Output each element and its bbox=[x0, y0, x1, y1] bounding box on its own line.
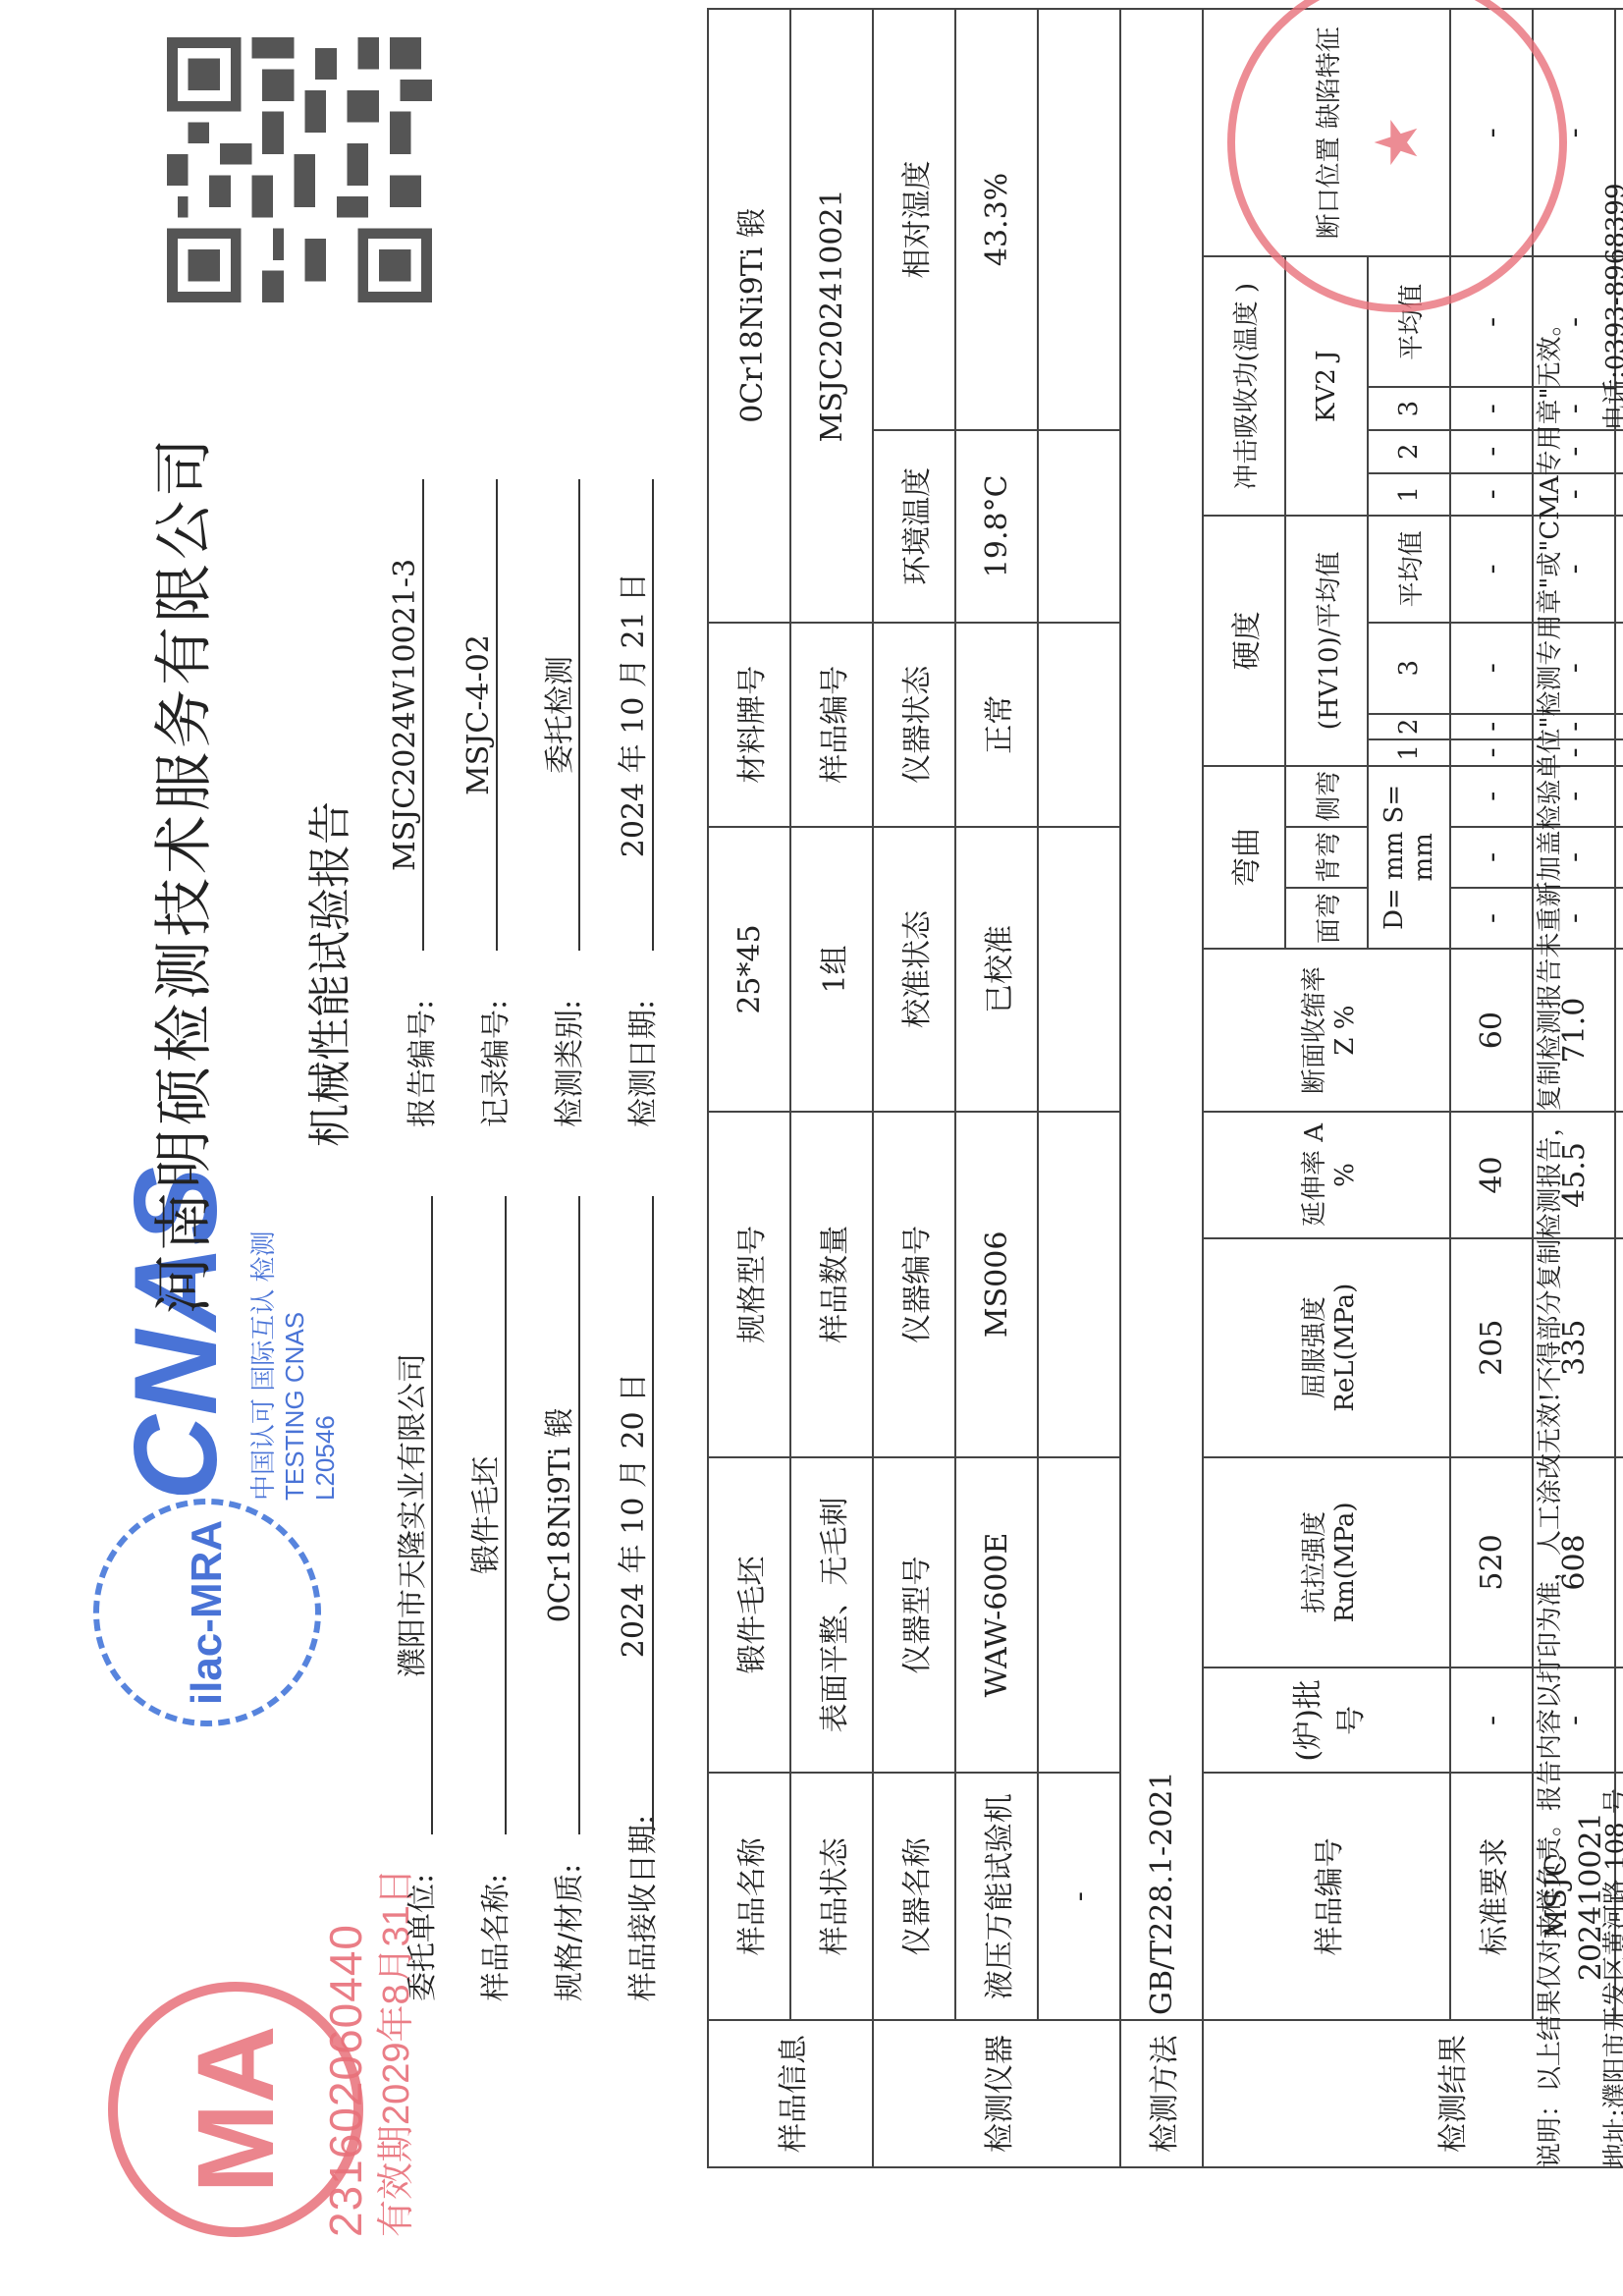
cell: - bbox=[1450, 766, 1533, 827]
instrument-row-2: - bbox=[1038, 9, 1120, 2167]
cell bbox=[1038, 9, 1120, 430]
cell bbox=[1038, 1457, 1120, 1774]
cell bbox=[1038, 430, 1120, 623]
method-row: 检测方法 GB/T228.1-2021 bbox=[1120, 9, 1203, 2167]
cell: 延伸率 A % bbox=[1203, 1112, 1450, 1238]
cell: - bbox=[1450, 714, 1533, 740]
cell: - bbox=[1450, 623, 1533, 714]
instrument-row-1: 液压万能试验机 WAW-600E MS006 已校准 正常 19.8°C 43.… bbox=[955, 9, 1038, 2167]
cell: 样品数量 bbox=[790, 1112, 873, 1456]
cell: 已校准 bbox=[955, 827, 1038, 1112]
record-no-label: 记录编号: bbox=[471, 1000, 514, 1127]
cell: 仪器型号 bbox=[873, 1457, 955, 1774]
cell: 正常 bbox=[955, 623, 1038, 827]
cell: 校准状态 bbox=[873, 827, 955, 1112]
cell: - bbox=[1450, 827, 1533, 888]
results-header-1: 检测结果 样品编号 (炉)批号 抗拉强度 Rm(MPa) 屈服强度 ReL(MP… bbox=[1203, 9, 1285, 2167]
cell: 0Cr18Ni9Ti 锻 bbox=[708, 9, 790, 623]
cell: 屈服强度 ReL(MPa) bbox=[1203, 1238, 1450, 1457]
cell: 1组 bbox=[790, 827, 873, 1112]
cell: 仪器编号 bbox=[873, 1112, 955, 1456]
spec: 0Cr18Ni9Ti 锻 bbox=[535, 1196, 580, 1834]
cell bbox=[1615, 473, 1623, 517]
cell bbox=[1038, 1112, 1120, 1456]
cell: - bbox=[1038, 1773, 1120, 2020]
cell: 锻件毛坯 bbox=[708, 1457, 790, 1774]
cell: - bbox=[1450, 516, 1533, 623]
cell: - bbox=[1450, 473, 1533, 517]
report-title: 机械性能试验报告 bbox=[295, 801, 357, 1147]
cell: 40 bbox=[1450, 1112, 1533, 1238]
cma-number: 231602060440 bbox=[319, 1924, 372, 2237]
cell: 抗拉强度 Rm(MPa) bbox=[1203, 1457, 1450, 1668]
section-instrument: 检测仪器 bbox=[873, 2020, 1120, 2167]
cell: 样品编号 bbox=[1203, 1773, 1450, 2020]
cell bbox=[1615, 623, 1623, 714]
cell: 环境温度 bbox=[873, 430, 955, 623]
cell: WAW-600E bbox=[955, 1457, 1038, 1774]
cell: 硬度 bbox=[1203, 516, 1285, 766]
cell bbox=[1038, 827, 1120, 1112]
section-method: 检测方法 bbox=[1120, 2020, 1203, 2167]
test-date: 2024 年 10 月 21 日 bbox=[609, 479, 654, 951]
cell: D= mm S= mm bbox=[1368, 766, 1450, 949]
cell: 标准要求 bbox=[1450, 1773, 1533, 2020]
cell: 1 bbox=[1368, 473, 1450, 517]
cell: 仪器状态 bbox=[873, 623, 955, 827]
cell bbox=[1615, 949, 1623, 1112]
ilac-mra-logo: ilac-MRA bbox=[93, 1499, 321, 1726]
section-sample-info: 样品信息 bbox=[708, 2020, 873, 2167]
report-page: MA 231602060440 有效期2029年8月31日 ilac-MRA C… bbox=[0, 0, 1623, 2296]
sample-name-label: 样品名称: bbox=[471, 1874, 514, 2001]
spec-label: 规格/材质: bbox=[545, 1864, 588, 2001]
cell: 面弯 bbox=[1285, 888, 1368, 949]
test-date-label: 检测日期: bbox=[619, 1000, 662, 1127]
cell bbox=[1615, 766, 1623, 827]
cell: 侧弯 bbox=[1285, 766, 1368, 827]
footer-note: 说明：以上结果仅对来样负责。报告内容以打印为准，人工涂改无效!不得部分复制检测报… bbox=[1532, 106, 1569, 2168]
receive-date: 2024 年 10 月 20 日 bbox=[609, 1196, 654, 1834]
cell bbox=[1615, 516, 1623, 623]
cell: MSJC202410021 bbox=[790, 9, 873, 623]
cell bbox=[1615, 1112, 1623, 1238]
cell: (炉)批号 bbox=[1203, 1667, 1450, 1773]
cell bbox=[1615, 1457, 1623, 1668]
cell: 背弯 bbox=[1285, 827, 1368, 888]
cell: 2 bbox=[1368, 714, 1450, 740]
cell bbox=[1615, 1667, 1623, 1773]
cell: 断面收缩率 Z % bbox=[1203, 949, 1450, 1112]
cell: 弯曲 bbox=[1203, 766, 1285, 949]
report-table: 样品信息 样品名称 锻件毛坯 规格型号 25*45 材料牌号 0Cr18Ni9T… bbox=[707, 8, 1623, 2168]
cell: 60 bbox=[1450, 949, 1533, 1112]
result-row: 标准要求-5202054060------------ bbox=[1450, 9, 1533, 2167]
cell: 3 bbox=[1368, 623, 1450, 714]
cell: 205 bbox=[1450, 1238, 1533, 1457]
cell: 液压万能试验机 bbox=[955, 1773, 1038, 2020]
cell bbox=[1615, 714, 1623, 740]
cell: 冲击吸收功(温度 ) bbox=[1203, 256, 1285, 516]
cell: 样品编号 bbox=[790, 623, 873, 827]
cell: 3 bbox=[1368, 387, 1450, 430]
cell: MS006 bbox=[955, 1112, 1038, 1456]
cell: 1 bbox=[1368, 739, 1450, 766]
company-name: 河南明硕检测技术服务有限公司 bbox=[137, 434, 222, 1314]
report-no-label: 报告编号: bbox=[398, 1000, 441, 1127]
cell bbox=[1038, 623, 1120, 827]
cell: - bbox=[1450, 739, 1533, 766]
cell: 样品名称 bbox=[708, 1773, 790, 2020]
cell bbox=[1615, 1238, 1623, 1457]
test-type: 委托检测 bbox=[535, 479, 580, 951]
footer-phone: 电话:0393-8968399 bbox=[1596, 183, 1623, 430]
cell: 平均值 bbox=[1368, 516, 1450, 623]
test-type-label: 检测类别: bbox=[545, 1000, 588, 1127]
report-no: MSJC2024W10021-3 bbox=[388, 479, 424, 951]
instrument-header: 检测仪器 仪器名称 仪器型号 仪器编号 校准状态 仪器状态 环境温度 相对湿度 bbox=[873, 9, 955, 2167]
cell: 43.3% bbox=[955, 9, 1038, 430]
cell: - bbox=[1450, 430, 1533, 473]
cell: - bbox=[1450, 387, 1533, 430]
cell bbox=[1615, 888, 1623, 949]
cell: 19.8°C bbox=[955, 430, 1038, 623]
cell bbox=[1615, 739, 1623, 766]
cell: 材料牌号 bbox=[708, 623, 790, 827]
cell: - bbox=[1450, 1667, 1533, 1773]
cell: 2 bbox=[1368, 430, 1450, 473]
cell: 仪器名称 bbox=[873, 1773, 955, 2020]
sample-row-1: 样品信息 样品名称 锻件毛坯 规格型号 25*45 材料牌号 0Cr18Ni9T… bbox=[708, 9, 790, 2167]
sample-row-2: 样品状态 表面平整、无毛刺 样品数量 1组 样品编号 MSJC202410021 bbox=[790, 9, 873, 2167]
cell: 样品状态 bbox=[790, 1773, 873, 2020]
sample-name: 锻件毛坯 bbox=[461, 1196, 507, 1834]
cell: 规格型号 bbox=[708, 1112, 790, 1456]
receive-date-label: 样品接收日期: bbox=[619, 1815, 662, 2001]
cell: - bbox=[1450, 888, 1533, 949]
client-label: 委托单位: bbox=[398, 1874, 441, 2001]
cell: 520 bbox=[1450, 1457, 1533, 1668]
cell: 相对湿度 bbox=[873, 9, 955, 430]
footer-address: 地址:濮阳市开发区黄河路 108 号 bbox=[1596, 1788, 1623, 2168]
client: 濮阳市天隆实业有限公司 bbox=[388, 1196, 433, 1834]
record-no: MSJC-4-02 bbox=[461, 479, 498, 951]
cell bbox=[1615, 430, 1623, 473]
cell: 25*45 bbox=[708, 827, 790, 1112]
method-value: GB/T228.1-2021 bbox=[1120, 9, 1203, 2020]
cell: (HV10)/平均值 bbox=[1285, 516, 1368, 766]
qr-code bbox=[167, 37, 432, 302]
cell: 表面平整、无毛刺 bbox=[790, 1457, 873, 1774]
cell bbox=[1615, 827, 1623, 888]
